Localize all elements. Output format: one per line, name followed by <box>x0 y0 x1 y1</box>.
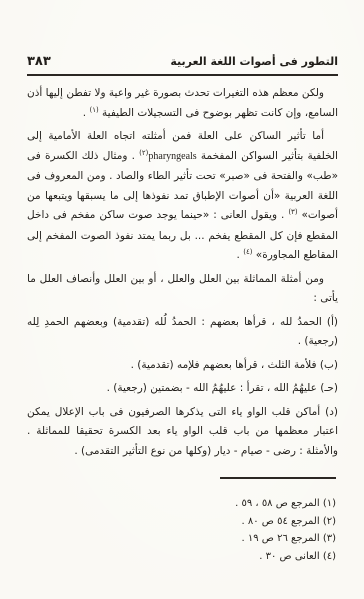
footnote-2: (٢) المرجع ٥٤ ص ٨٠ . <box>29 513 336 531</box>
footnote-1: (١) المرجع ص ٥٨ ، ٥٩ . <box>29 495 336 513</box>
paragraph-intro: ولكن معظم هذه التغيرات تحدث بصورة غير وا… <box>27 84 338 124</box>
footnote-marker-2: (٢) <box>139 149 148 157</box>
header-rule <box>27 74 338 76</box>
example-item-d: (د) أماكن قلب الواو ياء التى يذكرها الصر… <box>27 403 338 462</box>
footnote-marker-4: (٤) <box>243 248 252 256</box>
footnote-marker-1: (١) <box>89 106 98 114</box>
paragraph-examples-intro: ومن أمثلة المماثلة بين العلل والعلل ، أو… <box>27 270 338 309</box>
paragraph-intro-text: ولكن معظم هذه التغيرات تحدث بصورة غير وا… <box>27 87 338 119</box>
footnote-3: (٣) المرجع ٢٦ ص ١٩ . <box>29 530 336 548</box>
footnotes-section: (١) المرجع ص ٥٨ ، ٥٩ . (٢) المرجع ٥٤ ص ٨… <box>29 495 336 565</box>
page-number: ٣٨٣ <box>27 54 51 69</box>
footnote-marker-3: (٣) <box>288 208 297 216</box>
paragraph-assimilation: أما تأثير الساكن على العلة فمن أمثلته ات… <box>27 127 338 267</box>
example-item-a: (أ) الحمدُ لله ، قرأها بعضهم : الحمدُ لُ… <box>27 313 338 352</box>
page-body: ولكن معظم هذه التغيرات تحدث بصورة غير وا… <box>27 84 338 461</box>
footnote-4: (٤) العانى ص ٣٠ . <box>29 548 336 566</box>
page-header: التطور فى أصوات اللغة العربية ٣٨٣ <box>27 54 338 69</box>
example-item-b: (ب) فلأمة الثلث ، قرأها بعضهم فلإمه (تقد… <box>27 356 338 376</box>
footnote-separator <box>220 477 336 479</box>
book-page: التطور فى أصوات اللغة العربية ٣٨٣ ولكن م… <box>0 0 364 599</box>
latin-term-pharyngeals: pharyngeals <box>148 151 196 162</box>
running-title: التطور فى أصوات اللغة العربية <box>170 55 338 68</box>
example-item-c: (حـ) عليهُمُ الله ، تقرأ : عليهُمُ الله … <box>27 379 338 399</box>
assimilation-text-3: . ويقول العانى : «حينما يوجد صوت ساكن مف… <box>27 209 338 261</box>
